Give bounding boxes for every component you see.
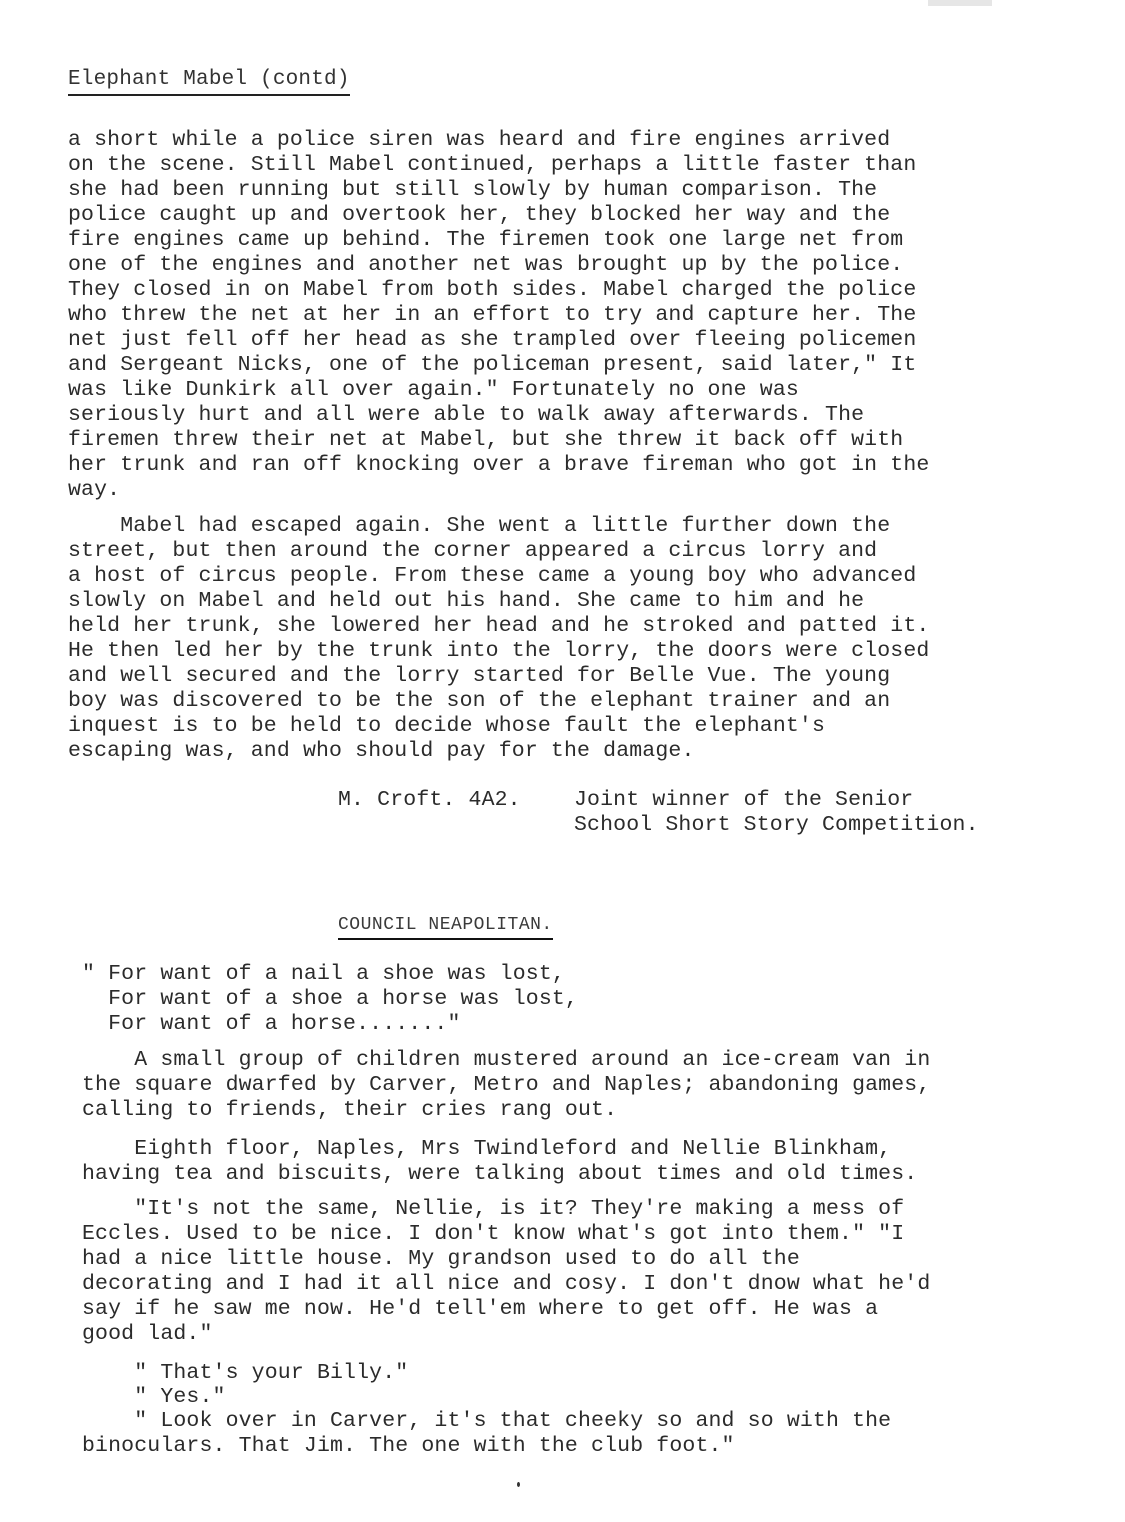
text-line: held her trunk, she lowered her head and… [68, 614, 929, 639]
typed-page: Elephant Mabel (contd) a short while a p… [0, 0, 1125, 1522]
text-line: on the scene. Still Mabel continued, per… [68, 153, 916, 178]
scan-artifact [928, 0, 992, 6]
text-line: a short while a police siren was heard a… [68, 128, 890, 153]
text-line: was like Dunkirk all over again." Fortun… [68, 378, 799, 403]
verse-line: For want of a shoe a horse was lost, [82, 987, 578, 1012]
verse-line: For want of a horse......." [82, 1012, 461, 1037]
text-line: seriously hurt and all were able to walk… [68, 403, 864, 428]
text-line: calling to friends, their cries rang out… [82, 1098, 617, 1123]
text-line: street, but then around the corner appea… [68, 539, 877, 564]
text-line: They closed in on Mabel from both sides.… [68, 278, 916, 303]
text-line: way. [68, 478, 120, 503]
story-heading: Elephant Mabel (contd) [68, 66, 350, 96]
text-line: inquest is to be held to decide whose fa… [68, 714, 825, 739]
text-line: who threw the net at her in an effort to… [68, 303, 916, 328]
text-line: and Sergeant Nicks, one of the policeman… [68, 353, 916, 378]
text-line: one of the engines and another net was b… [68, 253, 903, 278]
text-line: good lad." [82, 1322, 213, 1347]
verse-line: " For want of a nail a shoe was lost, [82, 962, 565, 987]
award-note: School Short Story Competition. [574, 813, 979, 838]
text-line: say if he saw me now. He'd tell'em where… [82, 1297, 878, 1322]
text-line: "It's not the same, Nellie, is it? They'… [82, 1197, 904, 1222]
text-line: decorating and I had it all nice and cos… [82, 1272, 930, 1297]
text-line: Mabel had escaped again. She went a litt… [68, 514, 890, 539]
text-line: she had been running but still slowly by… [68, 178, 877, 203]
text-line: A small group of children mustered aroun… [82, 1048, 930, 1073]
text-line: He then led her by the trunk into the lo… [68, 639, 929, 664]
text-line: having tea and biscuits, were talking ab… [82, 1162, 917, 1187]
author-credit: M. Croft. 4A2. [338, 788, 521, 813]
text-line: Eighth floor, Naples, Mrs Twindleford an… [82, 1137, 891, 1162]
text-line: firemen threw their net at Mabel, but sh… [68, 428, 903, 453]
text-line: net just fell off her head as she trampl… [68, 328, 916, 353]
dialogue-line: " Yes." [82, 1385, 226, 1410]
text-line: the square dwarfed by Carver, Metro and … [82, 1073, 930, 1098]
award-note: Joint winner of the Senior [574, 788, 913, 813]
text-line: and well secured and the lorry started f… [68, 664, 890, 689]
text-line: fire engines came up behind. The firemen… [68, 228, 903, 253]
text-line: Eccles. Used to be nice. I don't know wh… [82, 1222, 904, 1247]
text-line: her trunk and ran off knocking over a br… [68, 453, 929, 478]
text-line: police caught up and overtook her, they … [68, 203, 890, 228]
dialogue-line: " Look over in Carver, it's that cheeky … [82, 1409, 891, 1434]
text-line: a host of circus people. From these came… [68, 564, 916, 589]
story-title: COUNCIL NEAPOLITAN. [338, 912, 553, 940]
ink-speck [517, 1482, 520, 1487]
text-line: boy was discovered to be the son of the … [68, 689, 890, 714]
text-line: had a nice little house. My grandson use… [82, 1247, 800, 1272]
dialogue-line: " That's your Billy." [82, 1361, 408, 1386]
dialogue-line: binoculars. That Jim. The one with the c… [82, 1434, 735, 1459]
text-line: escaping was, and who should pay for the… [68, 739, 695, 764]
text-line: slowly on Mabel and held out his hand. S… [68, 589, 864, 614]
